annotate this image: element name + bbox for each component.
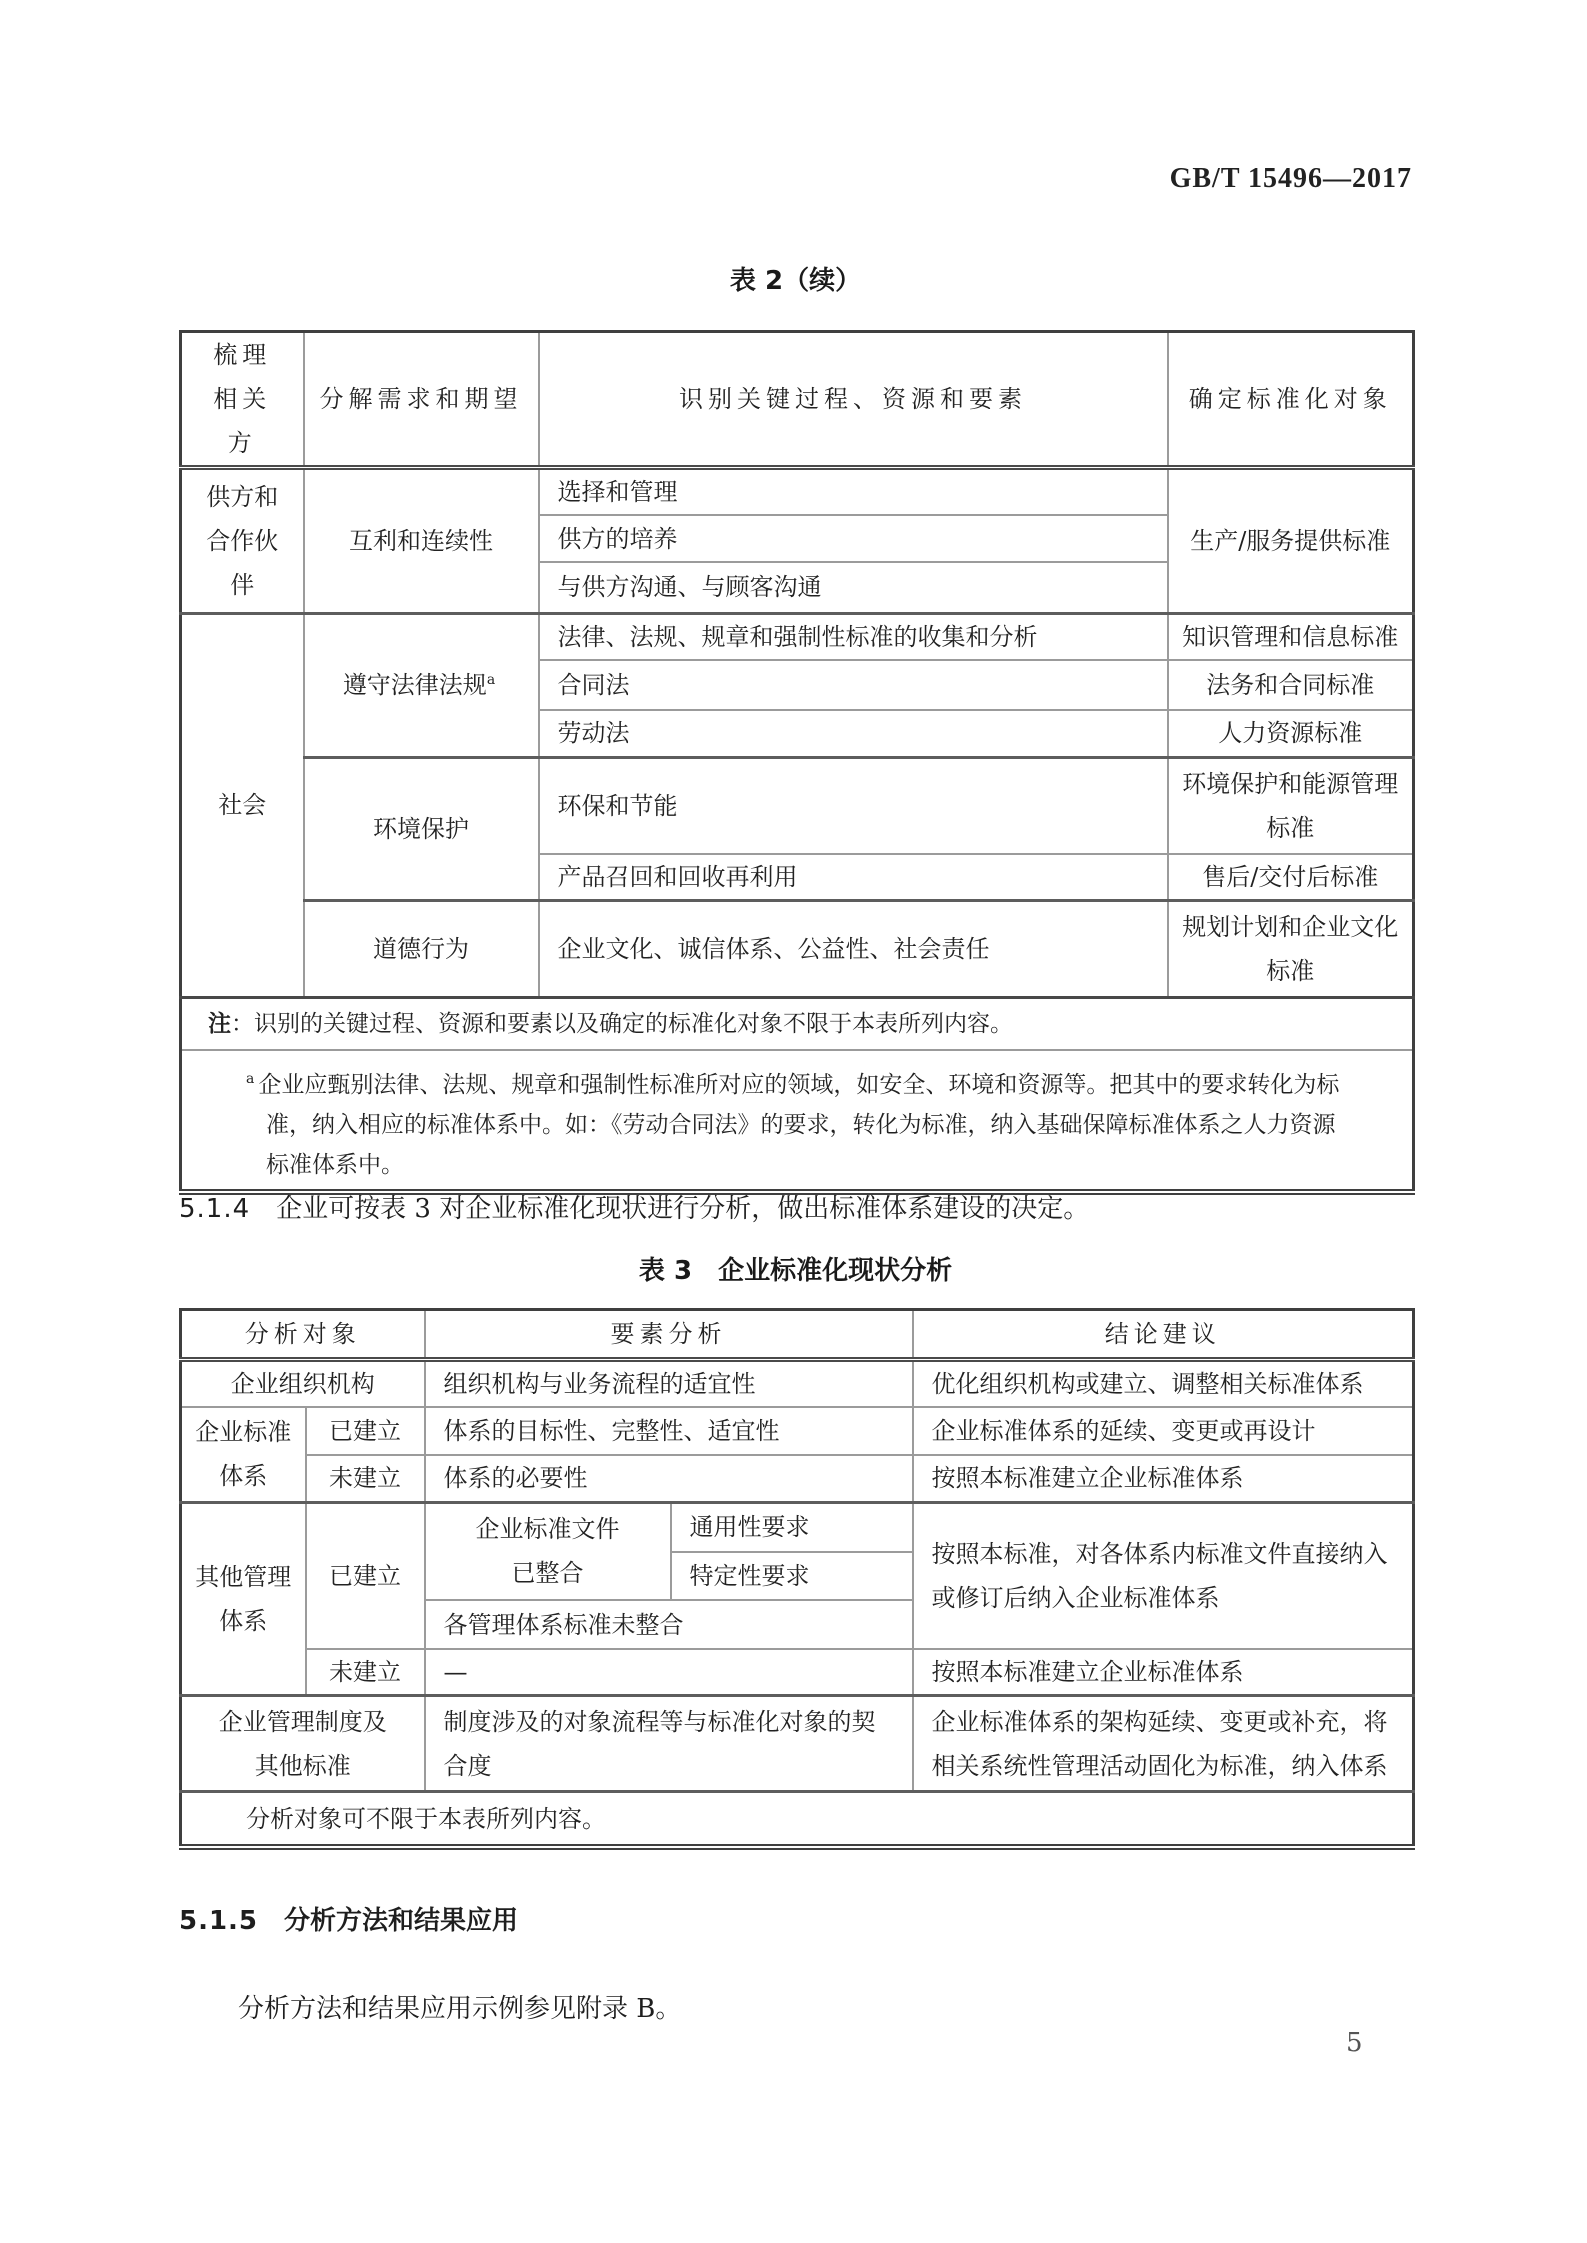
t3-cell-other-not-established: 未建立: [306, 1649, 425, 1696]
t2-law-need-label: 遵守法律法规: [343, 671, 487, 699]
t3-cell-docs-integrated: 企业标准文件已整合: [425, 1502, 671, 1600]
t3-cell-std-est-analysis: 体系的目标性、完整性、适宜性: [425, 1407, 913, 1455]
t3-header-analysis: 要素分析: [425, 1310, 913, 1360]
clause-title: 分析方法和结果应用: [284, 1906, 518, 1936]
t3-cell-std-established: 已建立: [306, 1407, 425, 1455]
clause-text: 企业可按表 3 对企业标准化现状进行分析，做出标准体系建设的决定。: [276, 1194, 1089, 1224]
table-row: 注：识别的关键过程、资源和要素以及确定的标准化对象不限于本表所列内容。: [181, 998, 1414, 1051]
clause-5-1-5-body: 分析方法和结果应用示例参见附录 B。: [238, 1988, 681, 2025]
t3-cell-std-est-conclusion: 企业标准体系的延续、变更或再设计: [913, 1407, 1414, 1455]
t2-cell-law-standard-2: 法务和合同标准: [1168, 660, 1414, 710]
table3-caption: 表 3 企业标准化现状分析: [179, 1250, 1412, 1287]
table2-stakeholder-standardization: 梳理相关方 分解需求和期望 识别关键过程、资源和要素 确定标准化对象 供方和合作…: [179, 330, 1415, 1195]
clause-5-1-5-heading: 5.1.5分析方法和结果应用: [179, 1900, 1419, 1937]
t2-cell-law-standard-1: 知识管理和信息标准: [1168, 613, 1414, 660]
t2-cell-env-need: 环境保护: [304, 758, 539, 901]
t3-cell-org-object: 企业组织机构: [181, 1360, 425, 1408]
t3-cell-other-established: 已建立: [306, 1502, 425, 1649]
page-number: 5: [1346, 2028, 1363, 2058]
t3-cell-std-not-analysis: 体系的必要性: [425, 1455, 913, 1502]
t2-header-process: 识别关键过程、资源和要素: [539, 332, 1168, 468]
clause-5-1-4: 5.1.4企业可按表 3 对企业标准化现状进行分析，做出标准体系建设的决定。: [179, 1188, 1419, 1225]
table-row: 企业组织机构 组织机构与业务流程的适宜性 优化组织机构或建立、调整相关标准体系: [181, 1360, 1414, 1408]
t3-footer-note: 分析对象可不限于本表所列内容。: [181, 1792, 1414, 1848]
table-row: 梳理相关方 分解需求和期望 识别关键过程、资源和要素 确定标准化对象: [181, 332, 1414, 468]
clause-number: 5.1.4: [179, 1194, 250, 1224]
t3-header-conclusion: 结论建议: [913, 1310, 1414, 1360]
t2-cell-ethics-process: 企业文化、诚信体系、公益性、社会责任: [539, 901, 1168, 998]
t3-cell-org-analysis: 组织机构与业务流程的适宜性: [425, 1360, 913, 1408]
t3-cell-other-not-conclusion: 按照本标准建立企业标准体系: [913, 1649, 1414, 1696]
t2-footnote: a企业应甄别法律、法规、规章和强制性标准所对应的领域，如安全、环境和资源等。把其…: [181, 1050, 1414, 1192]
t3-cell-std-not-established: 未建立: [306, 1455, 425, 1502]
t3-cell-org-conclusion: 优化组织机构或建立、调整相关标准体系: [913, 1360, 1414, 1408]
t3-cell-std-not-conclusion: 按照本标准建立企业标准体系: [913, 1455, 1414, 1502]
t2-cell-env-process-1: 环保和节能: [539, 758, 1168, 854]
t3-cell-specific-req: 特定性要求: [671, 1552, 913, 1600]
t3-cell-other-est-conclusion: 按照本标准，对各体系内标准文件直接纳入或修订后纳入企业标准体系: [913, 1502, 1414, 1649]
table-row: a企业应甄别法律、法规、规章和强制性标准所对应的领域，如安全、环境和资源等。把其…: [181, 1050, 1414, 1192]
table3-standardization-status-analysis: 分析对象 要素分析 结论建议 企业组织机构 组织机构与业务流程的适宜性 优化组织…: [179, 1308, 1415, 1850]
table-row: 企业管理制度及其他标准 制度涉及的对象流程等与标准化对象的契合度 企业标准体系的…: [181, 1696, 1414, 1792]
table-row: 未建立 — 按照本标准建立企业标准体系: [181, 1649, 1414, 1696]
t2-header-party: 梳理相关方: [181, 332, 304, 468]
table-row: 未建立 体系的必要性 按照本标准建立企业标准体系: [181, 1455, 1414, 1502]
t2-cell-supplier-process-2: 供方的培养: [539, 515, 1168, 562]
table-row: 环境保护 环保和节能 环境保护和能源管理标准: [181, 758, 1414, 854]
t3-cell-generic-req: 通用性要求: [671, 1502, 913, 1552]
t2-cell-env-standard-1: 环境保护和能源管理标准: [1168, 758, 1414, 854]
t2-cell-law-process-1: 法律、法规、规章和强制性标准的收集和分析: [539, 613, 1168, 660]
t2-cell-ethics-standard: 规划计划和企业文化标准: [1168, 901, 1414, 998]
footnote-marker: a: [487, 672, 495, 688]
t2-cell-ethics-need: 道德行为: [304, 901, 539, 998]
footnote-marker: a: [246, 1071, 254, 1087]
t2-cell-law-need: 遵守法律法规a: [304, 613, 539, 758]
t2-cell-law-process-3: 劳动法: [539, 710, 1168, 758]
standard-number: GB/T 15496—2017: [1170, 163, 1412, 195]
table-row: 供方和合作伙伴 互利和连续性 选择和管理 生产/服务提供标准: [181, 468, 1414, 516]
table2-caption: 表 2（续）: [179, 260, 1412, 297]
t2-cell-law-process-2: 合同法: [539, 660, 1168, 710]
table-row: 其他管理体系 已建立 企业标准文件已整合 通用性要求 按照本标准，对各体系内标准…: [181, 1502, 1414, 1552]
t3-cell-dash: —: [425, 1649, 913, 1696]
table-row: 分析对象可不限于本表所列内容。: [181, 1792, 1414, 1848]
clause-number: 5.1.5: [179, 1906, 258, 1936]
t3-cell-mgmt-object: 企业管理制度及其他标准: [181, 1696, 425, 1792]
t3-cell-other-system: 其他管理体系: [181, 1502, 306, 1696]
t3-cell-mgmt-conclusion: 企业标准体系的架构延续、变更或补充，将相关系统性管理活动固化为标准，纳入体系: [913, 1696, 1414, 1792]
t2-cell-law-standard-3: 人力资源标准: [1168, 710, 1414, 758]
t3-cell-mgmt-analysis: 制度涉及的对象流程等与标准化对象的契合度: [425, 1696, 913, 1792]
t3-cell-not-integrated: 各管理体系标准未整合: [425, 1600, 913, 1649]
t3-header-object: 分析对象: [181, 1310, 425, 1360]
t2-footnote-text: 企业应甄别法律、法规、规章和强制性标准所对应的领域，如安全、环境和资源等。把其中…: [258, 1072, 1339, 1178]
t2-cell-supplier-party: 供方和合作伙伴: [181, 468, 304, 614]
t2-cell-supplier-need: 互利和连续性: [304, 468, 539, 614]
t2-cell-env-standard-2: 售后/交付后标准: [1168, 854, 1414, 901]
t2-cell-supplier-process-1: 选择和管理: [539, 468, 1168, 516]
t3-cell-std-system: 企业标准体系: [181, 1407, 306, 1502]
t2-cell-supplier-standard: 生产/服务提供标准: [1168, 468, 1414, 614]
table-row: 社会 遵守法律法规a 法律、法规、规章和强制性标准的收集和分析 知识管理和信息标…: [181, 613, 1414, 660]
t2-cell-society-party: 社会: [181, 613, 304, 998]
table-row: 企业标准体系 已建立 体系的目标性、完整性、适宜性 企业标准体系的延续、变更或再…: [181, 1407, 1414, 1455]
t2-header-needs: 分解需求和期望: [304, 332, 539, 468]
document-page: GB/T 15496—2017 表 2（续） 梳理相关方 分解需求和期望 识别关…: [0, 0, 1587, 2243]
t2-note: 注：识别的关键过程、资源和要素以及确定的标准化对象不限于本表所列内容。: [181, 998, 1414, 1051]
t2-header-object: 确定标准化对象: [1168, 332, 1414, 468]
table-row: 分析对象 要素分析 结论建议: [181, 1310, 1414, 1360]
t2-cell-env-process-2: 产品召回和回收再利用: [539, 854, 1168, 901]
table-row: 道德行为 企业文化、诚信体系、公益性、社会责任 规划计划和企业文化标准: [181, 901, 1414, 998]
t2-cell-supplier-process-3: 与供方沟通、与顾客沟通: [539, 562, 1168, 613]
t2-note-label: 注: [208, 1011, 231, 1037]
t2-note-text: ：识别的关键过程、资源和要素以及确定的标准化对象不限于本表所列内容。: [231, 1011, 1013, 1037]
